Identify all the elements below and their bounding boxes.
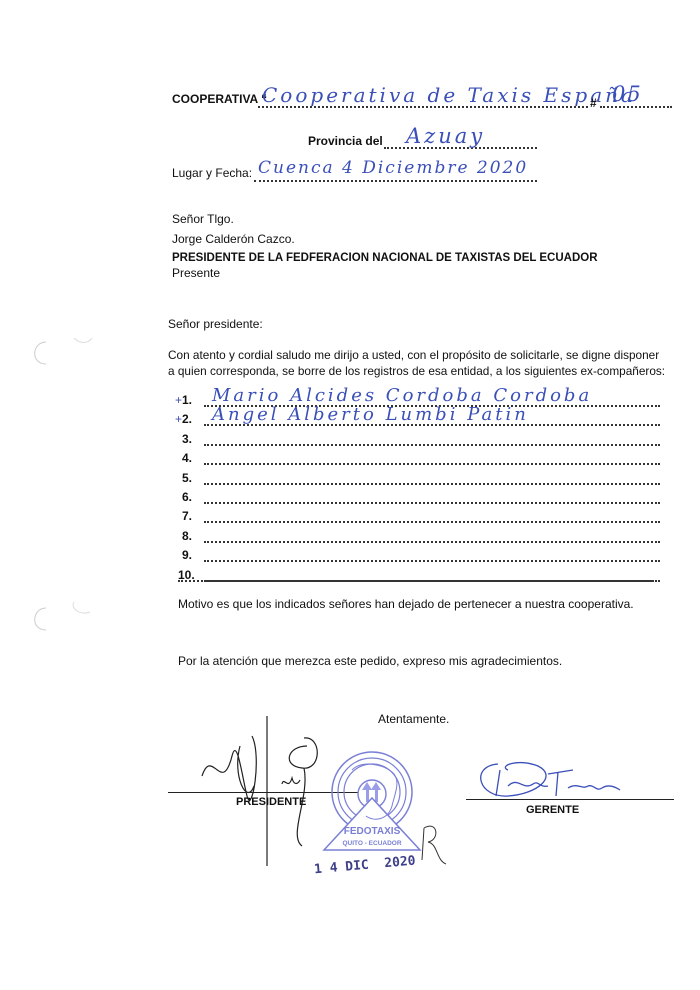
member-dotted-line <box>204 444 660 446</box>
stamp-initials-icon <box>418 820 448 870</box>
member-number: 5. <box>182 471 192 485</box>
list-end-dotted-line <box>178 580 654 582</box>
president-label: PRESIDENTE <box>236 796 306 808</box>
member-number: 7. <box>182 509 192 523</box>
member-dotted-line <box>204 541 660 543</box>
request-paragraph-line1: Con atento y cordial saludo me dirijo a … <box>168 348 659 362</box>
number-value: 05 <box>612 82 643 106</box>
addressee-name: Jorge Calderón Cazco. <box>172 232 295 246</box>
member-number: 8. <box>182 529 192 543</box>
manager-signature-icon <box>478 756 638 806</box>
addressee-position: PRESIDENTE DE LA FEDFERACION NACIONAL DE… <box>172 252 598 264</box>
cooperativa-label: COOPERATIVA “ <box>172 92 267 106</box>
check-mark-icon: + <box>175 412 182 426</box>
provincia-label: Provincia del <box>308 134 383 148</box>
punch-hole-mark-icon <box>24 334 94 374</box>
member-dotted-line <box>204 560 660 562</box>
request-paragraph-line2: a quien corresponda, se borre de los reg… <box>168 364 665 378</box>
stamp-location: QUITO - ECUADOR <box>342 840 401 847</box>
addressee-presente: Presente <box>172 266 220 280</box>
member-number: 6. <box>182 490 192 504</box>
member-number: 2. <box>182 412 192 426</box>
member-dotted-line <box>204 521 660 523</box>
thanks-text: Por la atención que merezca este pedido,… <box>178 654 562 668</box>
lugar-dotted-line <box>254 180 537 182</box>
member-dotted-line <box>204 502 660 504</box>
addressee-title: Señor Tlgo. <box>172 212 234 226</box>
fedotaxis-stamp-icon: FEDOTAXIS QUITO - ECUADOR <box>322 750 432 860</box>
salutation: Señor presidente: <box>168 317 263 331</box>
lugar-label: Lugar y Fecha: <box>172 166 252 180</box>
member-name: Angel Alberto Lumbi Patin <box>212 404 529 425</box>
stamp-org: FEDOTAXIS <box>344 826 401 837</box>
check-mark-icon: + <box>175 393 182 407</box>
number-label: # <box>590 96 597 110</box>
member-name: Mario Alcides Cordoba Cordoba <box>212 385 592 406</box>
punch-hole-mark-icon <box>24 600 94 640</box>
cooperativa-value: Cooperativa de Taxis España <box>262 83 636 107</box>
member-dotted-line <box>204 483 660 485</box>
member-number: 4. <box>182 451 192 465</box>
closing-text: Atentamente. <box>378 712 449 726</box>
manager-label: GERENTE <box>526 804 579 816</box>
member-dotted-line <box>204 463 660 465</box>
lugar-value: Cuenca 4 Diciembre 2020 <box>258 158 528 178</box>
reason-text: Motivo es que los indicados señores han … <box>178 597 634 611</box>
member-number: 9. <box>182 548 192 562</box>
number-dotted-line <box>600 106 672 108</box>
member-number: 3. <box>182 432 192 446</box>
provincia-value: Azuay <box>406 124 485 148</box>
member-number: 1. <box>182 393 192 407</box>
